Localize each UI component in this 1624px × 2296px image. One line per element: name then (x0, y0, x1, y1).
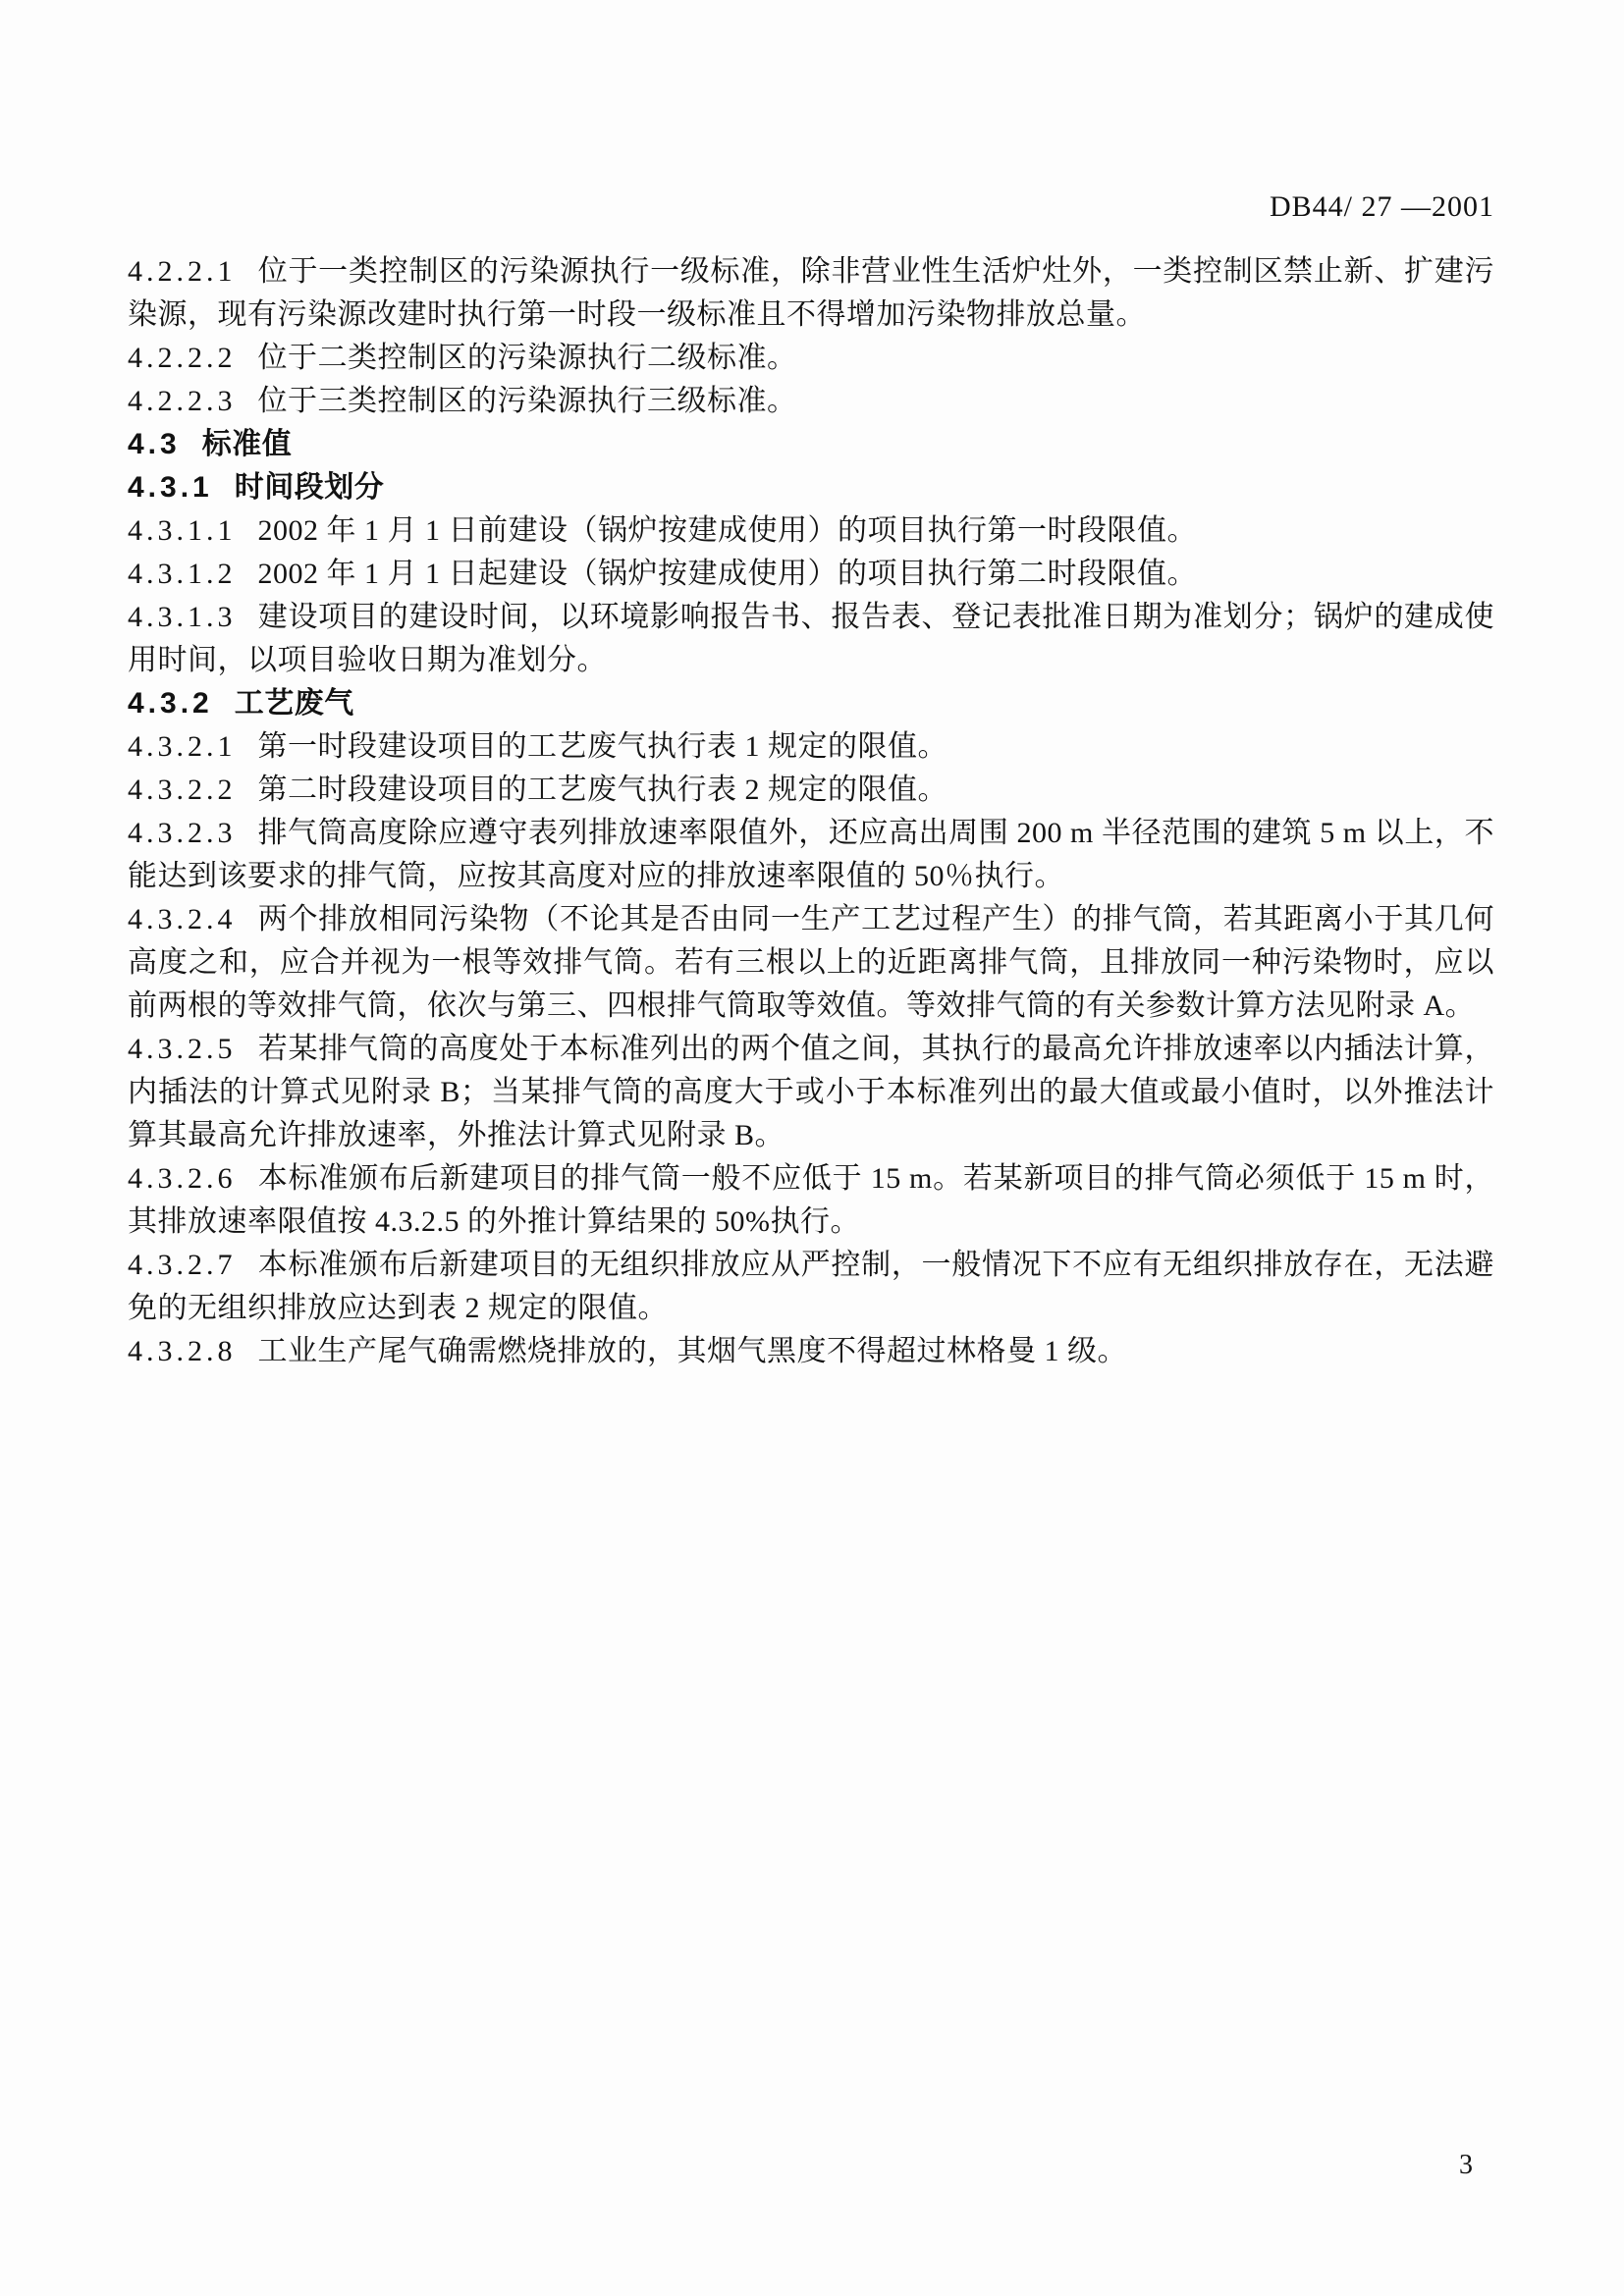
clause-number: 4.3 (128, 428, 181, 460)
clause-paragraph: 4.3.2.7本标准颁布后新建项目的无组织排放应从严控制，一般情况下不应有无组织… (128, 1244, 1494, 1330)
clause-number: 4.3.2.5 (128, 1033, 237, 1065)
clause-text: 2002 年 1 月 1 日起建设（锅炉按建成使用）的项目执行第二时段限值。 (258, 558, 1198, 590)
clause-number: 4.3.2.3 (128, 817, 237, 849)
clause-number: 4.2.2.1 (128, 255, 237, 288)
clause-paragraph: 4.2.2.2位于二类控制区的污染源执行二级标准。 (128, 337, 1494, 380)
section-heading: 4.3.1时间段划分 (128, 466, 1494, 509)
document-code-header: DB44/ 27 —2001 (128, 189, 1494, 225)
clause-text: 2002 年 1 月 1 日前建设（锅炉按建成使用）的项目执行第一时段限值。 (258, 514, 1198, 547)
clause-number: 4.2.2.3 (128, 385, 237, 417)
paragraph-list: 4.2.2.1位于一类控制区的污染源执行一级标准，除非营业性生活炉灶外，一类控制… (128, 250, 1494, 1373)
clause-text: 若某排气筒的高度处于本标准列出的两个值之间，其执行的最高允许排放速率以内插法计算… (128, 1033, 1494, 1151)
clause-paragraph: 4.3.1.12002 年 1 月 1 日前建设（锅炉按建成使用）的项目执行第一… (128, 509, 1494, 553)
clause-text: 本标准颁布后新建项目的排气筒一般不应低于 15 m。若某新项目的排气筒必须低于 … (128, 1162, 1494, 1238)
clause-text: 位于一类控制区的污染源执行一级标准，除非营业性生活炉灶外，一类控制区禁止新、扩建… (128, 255, 1494, 331)
clause-text: 第二时段建设项目的工艺废气执行表 2 规定的限值。 (258, 774, 948, 806)
clause-number: 4.3.2.2 (128, 774, 237, 806)
clause-paragraph: 4.2.2.1位于一类控制区的污染源执行一级标准，除非营业性生活炉灶外，一类控制… (128, 250, 1494, 337)
clause-text: 本标准颁布后新建项目的无组织排放应从严控制，一般情况下不应有无组织排放存在，无法… (128, 1249, 1494, 1324)
clause-paragraph: 4.3.2.6本标准颁布后新建项目的排气筒一般不应低于 15 m。若某新项目的排… (128, 1157, 1494, 1244)
clause-text: 时间段划分 (235, 471, 385, 504)
clause-number: 4.3.2.8 (128, 1335, 237, 1367)
clause-text: 工业生产尾气确需燃烧排放的，其烟气黑度不得超过林格曼 1 级。 (258, 1335, 1128, 1367)
clause-paragraph: 4.2.2.3位于三类控制区的污染源执行三级标准。 (128, 380, 1494, 423)
clause-text: 两个排放相同污染物（不论其是否由同一生产工艺过程产生）的排气筒，若其距离小于其几… (128, 903, 1494, 1022)
page-content: DB44/ 27 —2001 4.2.2.1位于一类控制区的污染源执行一级标准，… (128, 189, 1494, 1373)
clause-number: 4.3.2.7 (128, 1249, 237, 1281)
clause-number: 4.3.1.2 (128, 558, 237, 590)
section-heading: 4.3标准值 (128, 423, 1494, 466)
clause-paragraph: 4.3.2.2第二时段建设项目的工艺废气执行表 2 规定的限值。 (128, 769, 1494, 812)
clause-paragraph: 4.3.1.22002 年 1 月 1 日起建设（锅炉按建成使用）的项目执行第二… (128, 553, 1494, 596)
clause-number: 4.3.2.6 (128, 1162, 237, 1195)
clause-number: 4.3.1 (128, 471, 213, 504)
clause-paragraph: 4.3.2.4两个排放相同污染物（不论其是否由同一生产工艺过程产生）的排气筒，若… (128, 898, 1494, 1028)
clause-text: 建设项目的建设时间，以环境影响报告书、报告表、登记表批准日期为准划分；锅炉的建成… (128, 601, 1494, 676)
section-heading: 4.3.2工艺废气 (128, 682, 1494, 725)
clause-paragraph: 4.3.2.3排气筒高度除应遵守表列排放速率限值外，还应高出周围 200 m 半… (128, 812, 1494, 898)
clause-number: 4.3.1.3 (128, 601, 237, 633)
clause-text: 位于二类控制区的污染源执行二级标准。 (258, 342, 797, 374)
clause-number: 4.2.2.2 (128, 342, 237, 374)
clause-text: 标准值 (202, 428, 293, 460)
clause-text: 工艺废气 (235, 687, 354, 720)
clause-paragraph: 4.3.1.3建设项目的建设时间，以环境影响报告书、报告表、登记表批准日期为准划… (128, 596, 1494, 682)
clause-number: 4.3.2.1 (128, 730, 237, 763)
clause-paragraph: 4.3.2.1第一时段建设项目的工艺废气执行表 1 规定的限值。 (128, 725, 1494, 769)
clause-number: 4.3.2.4 (128, 903, 237, 935)
document-page: DB44/ 27 —2001 4.2.2.1位于一类控制区的污染源执行一级标准，… (0, 0, 1624, 2296)
clause-paragraph: 4.3.2.8工业生产尾气确需燃烧排放的，其烟气黑度不得超过林格曼 1 级。 (128, 1330, 1494, 1373)
clause-number: 4.3.2 (128, 687, 213, 720)
clause-text: 第一时段建设项目的工艺废气执行表 1 规定的限值。 (258, 730, 948, 763)
clause-number: 4.3.1.1 (128, 514, 237, 547)
clause-text: 位于三类控制区的污染源执行三级标准。 (258, 385, 797, 417)
page-number: 3 (1459, 2151, 1473, 2180)
clause-paragraph: 4.3.2.5若某排气筒的高度处于本标准列出的两个值之间，其执行的最高允许排放速… (128, 1028, 1494, 1157)
clause-text: 排气筒高度除应遵守表列排放速率限值外，还应高出周围 200 m 半径范围的建筑 … (128, 817, 1494, 892)
